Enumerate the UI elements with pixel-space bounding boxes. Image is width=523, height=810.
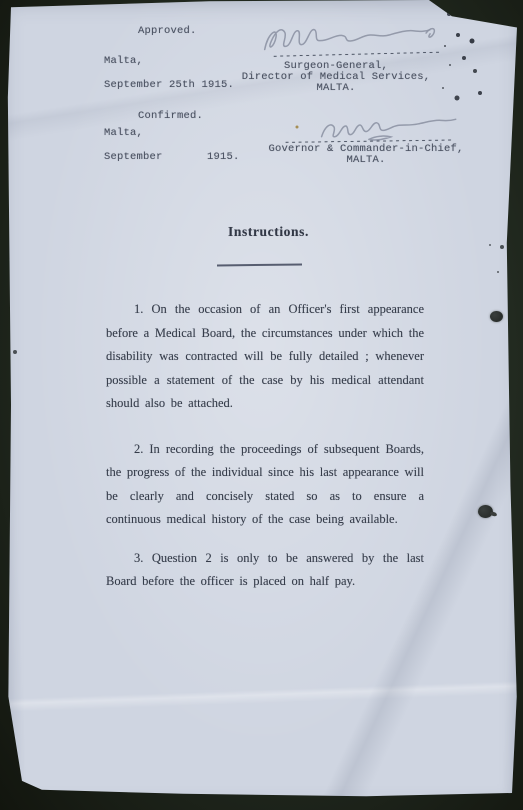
governor-signatory-block: Governor & Commander-in-Chief, MALTA.: [268, 144, 464, 166]
approved-label: Approved.: [138, 25, 197, 37]
signatory-location: MALTA.: [240, 83, 432, 94]
ink-blot: [490, 311, 503, 322]
document-page: Approved. -------------------------- Sur…: [0, 0, 523, 810]
ink-specks: [0, 0, 2, 2]
photo-background: Approved. -------------------------- Sur…: [0, 0, 523, 810]
ink-blot-tail: [490, 511, 498, 517]
confirmed-label: Confirmed.: [138, 110, 203, 122]
signatory-location: MALTA.: [268, 155, 464, 166]
approval-date: September 25th 1915.: [104, 79, 234, 91]
heading-rule: [217, 264, 302, 267]
confirmation-year: 1915.: [207, 151, 240, 163]
instructions-body: 1. On the occasion of an Officer's first…: [106, 298, 424, 594]
instruction-paragraph-2: 2. In recording the proceedings of subse…: [106, 438, 424, 532]
instructions-heading: Instructions.: [0, 224, 523, 240]
ink-blot: [478, 505, 493, 518]
instruction-paragraph-3: 3. Question 2 is only to be answered by …: [106, 547, 424, 594]
surgeon-signatory-block: Surgeon-General, Director of Medical Ser…: [240, 61, 432, 94]
confirmation-place: Malta,: [104, 127, 143, 139]
confirmation-month: September: [104, 151, 163, 163]
approval-place: Malta,: [104, 55, 143, 67]
instruction-paragraph-1: 1. On the occasion of an Officer's first…: [106, 298, 424, 416]
